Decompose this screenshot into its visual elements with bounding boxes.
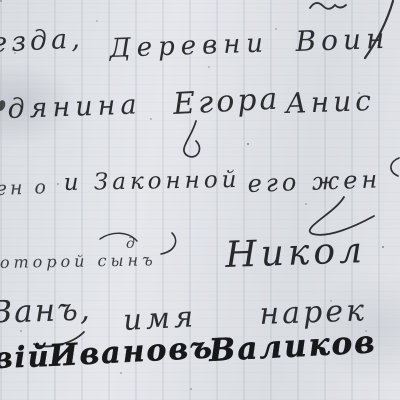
- handwritten-word: Анис: [285, 87, 375, 118]
- handwritten-word: дянина: [7, 91, 142, 123]
- signature-word: Валиков: [208, 327, 377, 367]
- handwritten-word: Воин: [295, 25, 390, 56]
- handwritten-word: и Законной: [64, 169, 241, 195]
- handwritten-word: имя: [122, 302, 197, 335]
- paper-speckles: [0, 0, 2, 2]
- handwritten-word: ен о: [0, 178, 49, 199]
- handwritten-word: его жен: [247, 167, 381, 196]
- handwritten-name-large: Никол: [225, 233, 367, 274]
- superscript-letter: д: [126, 237, 135, 251]
- signature-word: Ивановъ: [48, 333, 214, 372]
- manuscript-scan: езда, Деревни Воин дянина Егора Анис ен …: [0, 0, 400, 400]
- handwritten-word: Деревни: [109, 30, 269, 62]
- signature-word: вій: [0, 342, 51, 373]
- handwritten-word: езда,: [0, 25, 84, 57]
- handwritten-word: Ванъ,: [0, 294, 92, 329]
- handwritten-word: оторой сынъ: [0, 252, 157, 271]
- handwritten-word: Егора: [172, 84, 281, 120]
